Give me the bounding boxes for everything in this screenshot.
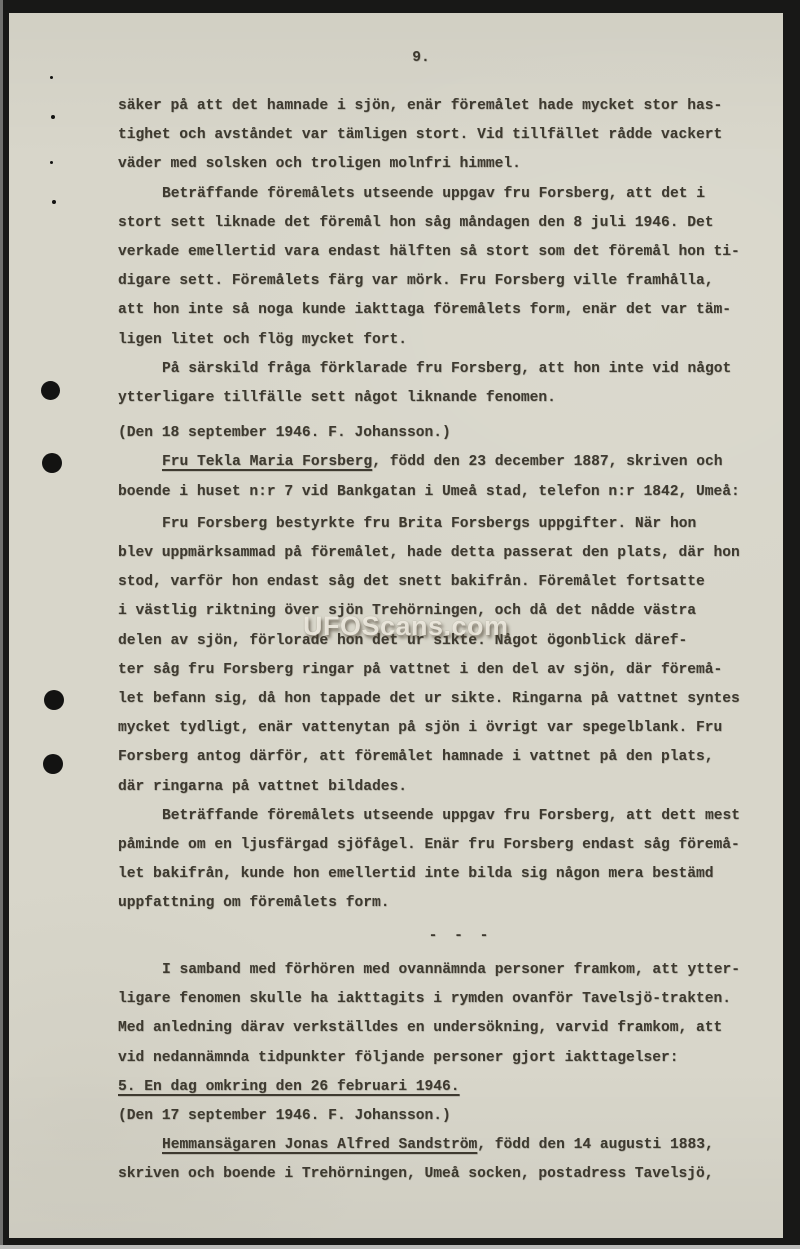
text-segment: Fru Forsberg bestyrkte fru Brita Forsber… bbox=[162, 516, 696, 532]
text-line: ligen litet och flög mycket fort. bbox=[118, 326, 763, 355]
speck bbox=[50, 76, 53, 79]
text-line: att hon inte så noga kunde iakttaga före… bbox=[118, 296, 763, 325]
text-segment: Med anledning därav verkställdes en unde… bbox=[118, 1020, 722, 1036]
text-line: Fru Tekla Maria Forsberg, född den 23 de… bbox=[118, 448, 763, 477]
text-segment: , född den 14 augusti 1883, bbox=[477, 1137, 713, 1153]
text-line: väder med solsken och troligen molnfri h… bbox=[118, 150, 763, 179]
watermark: UFOScans.com bbox=[303, 611, 509, 642]
text-line: På särskild fråga förklarade fru Forsber… bbox=[118, 355, 763, 384]
text-segment: Beträffande föremålets utseende uppgav f… bbox=[162, 808, 740, 824]
underlined-text: Fru Tekla Maria Forsberg bbox=[162, 454, 372, 470]
text-segment: Beträffande föremålets utseende uppgav f… bbox=[162, 186, 705, 202]
text-segment: väder med solsken och troligen molnfri h… bbox=[118, 156, 521, 172]
text-segment: skriven och boende i Trehörningen, Umeå … bbox=[118, 1166, 714, 1182]
text-segment: let befann sig, då hon tappade det ur si… bbox=[118, 691, 740, 707]
text-line: I samband med förhören med ovannämnda pe… bbox=[118, 956, 763, 985]
text-line: blev uppmärksammad på föremålet, hade de… bbox=[118, 539, 763, 568]
punch-hole bbox=[42, 453, 62, 473]
text-line: (Den 18 september 1946. F. Johansson.) bbox=[118, 419, 763, 448]
text-line: Hemmansägaren Jonas Alfred Sandström, fö… bbox=[118, 1131, 763, 1160]
text-segment: mycket tydligt, enär vattenytan på sjön … bbox=[118, 720, 722, 736]
speck bbox=[52, 200, 56, 204]
underlined-text: Hemmansägaren Jonas Alfred Sandström bbox=[162, 1137, 477, 1153]
text-segment: I samband med förhören med ovannämnda pe… bbox=[162, 962, 740, 978]
punch-hole bbox=[43, 754, 63, 774]
underlined-text: 5. En dag omkring den 26 februari 1946. bbox=[118, 1079, 460, 1095]
text-line: mycket tydligt, enär vattenytan på sjön … bbox=[118, 714, 763, 743]
page-number: 9. bbox=[104, 50, 738, 66]
text-segment: säker på att det hamnade i sjön, enär fö… bbox=[118, 98, 722, 114]
text-line: digare sett. Föremålets färg var mörk. F… bbox=[118, 267, 763, 296]
text-segment: ytterligare tillfälle sett något liknand… bbox=[118, 390, 556, 406]
speck bbox=[51, 115, 55, 119]
scan-edge-left bbox=[0, 0, 3, 1249]
section-divider: - - - bbox=[118, 922, 763, 951]
text-line: Beträffande föremålets utseende uppgav f… bbox=[118, 180, 763, 209]
text-line: Fru Forsberg bestyrkte fru Brita Forsber… bbox=[118, 510, 763, 539]
text-segment: tighet och avståndet var tämligen stort.… bbox=[118, 127, 722, 143]
text-segment: På särskild fråga förklarade fru Forsber… bbox=[162, 361, 731, 377]
text-line: ytterligare tillfälle sett något liknand… bbox=[118, 384, 763, 413]
text-segment: där ringarna på vattnet bildades. bbox=[118, 779, 407, 795]
text-segment: Forsberg antog därför, att föremålet ham… bbox=[118, 749, 714, 765]
text-segment: digare sett. Föremålets färg var mörk. F… bbox=[118, 273, 714, 289]
text-segment: blev uppmärksammad på föremålet, hade de… bbox=[118, 545, 740, 561]
text-segment: ter såg fru Forsberg ringar på vattnet i… bbox=[118, 662, 722, 678]
text-line: vid nedannämnda tidpunkter följande pers… bbox=[118, 1044, 763, 1073]
text-line: let bakifrån, kunde hon emellertid inte … bbox=[118, 860, 763, 889]
text-line: stort sett liknade det föremål hon såg m… bbox=[118, 209, 763, 238]
text-line: ligare fenomen skulle ha iakttagits i ry… bbox=[118, 985, 763, 1014]
text-segment: ligare fenomen skulle ha iakttagits i ry… bbox=[118, 991, 731, 1007]
text-line: let befann sig, då hon tappade det ur si… bbox=[118, 685, 763, 714]
text-line: Med anledning därav verkställdes en unde… bbox=[118, 1014, 763, 1043]
speck bbox=[50, 161, 53, 164]
text-segment: (Den 17 september 1946. F. Johansson.) bbox=[118, 1108, 451, 1124]
text-line: ter såg fru Forsberg ringar på vattnet i… bbox=[118, 656, 763, 685]
text-line: där ringarna på vattnet bildades. bbox=[118, 773, 763, 802]
text-line: tighet och avståndet var tämligen stort.… bbox=[118, 121, 763, 150]
punch-hole bbox=[44, 690, 64, 710]
punch-hole bbox=[41, 381, 60, 400]
text-segment: ligen litet och flög mycket fort. bbox=[118, 332, 407, 348]
text-line: stod, varför hon endast såg det snett ba… bbox=[118, 568, 763, 597]
text-segment: verkade emellertid vara endast hälften s… bbox=[118, 244, 740, 260]
text-line: uppfattning om föremålets form. bbox=[118, 889, 763, 918]
text-line: Beträffande föremålets utseende uppgav f… bbox=[118, 802, 763, 831]
text-segment: boende i huset n:r 7 vid Bankgatan i Ume… bbox=[118, 484, 740, 500]
text-segment: - - - bbox=[429, 928, 493, 944]
text-line: 5. En dag omkring den 26 februari 1946. bbox=[118, 1073, 763, 1102]
text-segment: , född den 23 december 1887, skriven och bbox=[372, 454, 722, 470]
text-segment: att hon inte så noga kunde iakttaga före… bbox=[118, 302, 731, 318]
text-line: boende i huset n:r 7 vid Bankgatan i Ume… bbox=[118, 478, 763, 507]
text-line: påminde om en ljusfärgad sjöfågel. Enär … bbox=[118, 831, 763, 860]
text-segment: (Den 18 september 1946. F. Johansson.) bbox=[118, 425, 451, 441]
text-segment: stod, varför hon endast såg det snett ba… bbox=[118, 574, 705, 590]
scan-edge-bottom bbox=[0, 1245, 800, 1249]
text-line: skriven och boende i Trehörningen, Umeå … bbox=[118, 1160, 763, 1189]
text-segment: påminde om en ljusfärgad sjöfågel. Enär … bbox=[118, 837, 740, 853]
text-segment: stort sett liknade det föremål hon såg m… bbox=[118, 215, 714, 231]
text-line: (Den 17 september 1946. F. Johansson.) bbox=[118, 1102, 763, 1131]
text-segment: vid nedannämnda tidpunkter följande pers… bbox=[118, 1050, 679, 1066]
text-line: säker på att det hamnade i sjön, enär fö… bbox=[118, 92, 763, 121]
text-segment: uppfattning om föremålets form. bbox=[118, 895, 390, 911]
text-line: verkade emellertid vara endast hälften s… bbox=[118, 238, 763, 267]
text-segment: let bakifrån, kunde hon emellertid inte … bbox=[118, 866, 714, 882]
text-line: Forsberg antog därför, att föremålet ham… bbox=[118, 743, 763, 772]
